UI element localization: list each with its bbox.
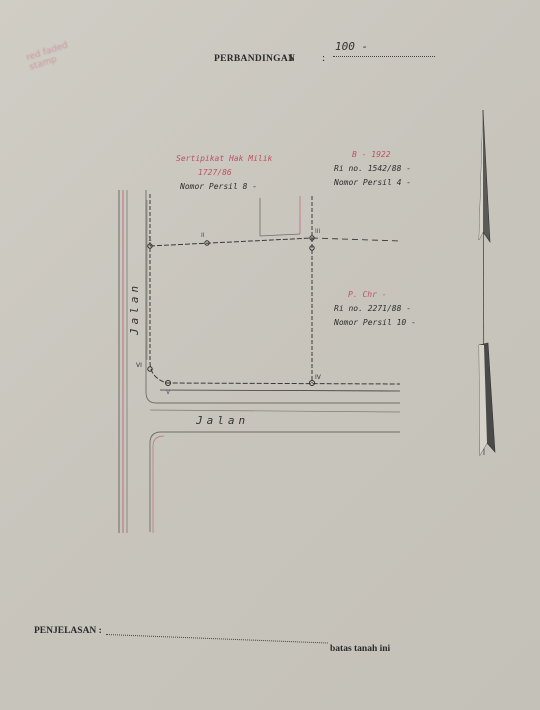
north-neighbor-cert: Sertipikat Hak Milik xyxy=(176,152,272,166)
point-label-2: II xyxy=(201,232,205,239)
site-map xyxy=(0,0,540,710)
vertical-road-label: Jalan xyxy=(128,282,141,335)
east-neighbor-parcel: Nomor Persil 10 - xyxy=(334,316,416,330)
northeast-neighbor-note: B - 1922 Ri no. 1542/88 - Nomor Persil 4… xyxy=(334,148,411,190)
point-label-4: IV xyxy=(315,374,321,381)
north-arrow-icon xyxy=(479,110,495,455)
legend-description: batas tanah ini xyxy=(330,644,390,654)
vertical-road xyxy=(119,190,400,533)
point-label-1: 1 xyxy=(148,236,152,243)
point-label-3: III xyxy=(315,228,320,235)
north-neighbor-number: 1727/86 xyxy=(176,166,272,180)
horizontal-road-label: Jalan xyxy=(196,414,249,427)
east-neighbor-note: P. Chr - Ri no. 2271/88 - Nomor Persil 1… xyxy=(334,288,416,330)
east-neighbor-cert: P. Chr - xyxy=(334,288,416,302)
point-label-6: VI xyxy=(136,362,142,369)
northeast-neighbor-number: Ri no. 1542/88 - xyxy=(334,162,411,176)
northeast-neighbor-parcel: Nomor Persil 4 - xyxy=(334,176,411,190)
legend-label: PENJELASAN : xyxy=(34,626,102,636)
survey-points xyxy=(148,236,315,386)
east-neighbor-number: Ri no. 2271/88 - xyxy=(334,302,416,316)
north-neighbor-parcel: Nomor Persil 8 - xyxy=(176,180,272,194)
northeast-neighbor-cert: B - 1922 xyxy=(334,148,411,162)
point-label-5: V xyxy=(166,389,170,396)
survey-document-page: red faded stamp PERBANDINGAN 1 : 100 - xyxy=(0,0,540,710)
north-neighbor-note: Sertipikat Hak Milik 1727/86 Nomor Persi… xyxy=(176,152,272,194)
